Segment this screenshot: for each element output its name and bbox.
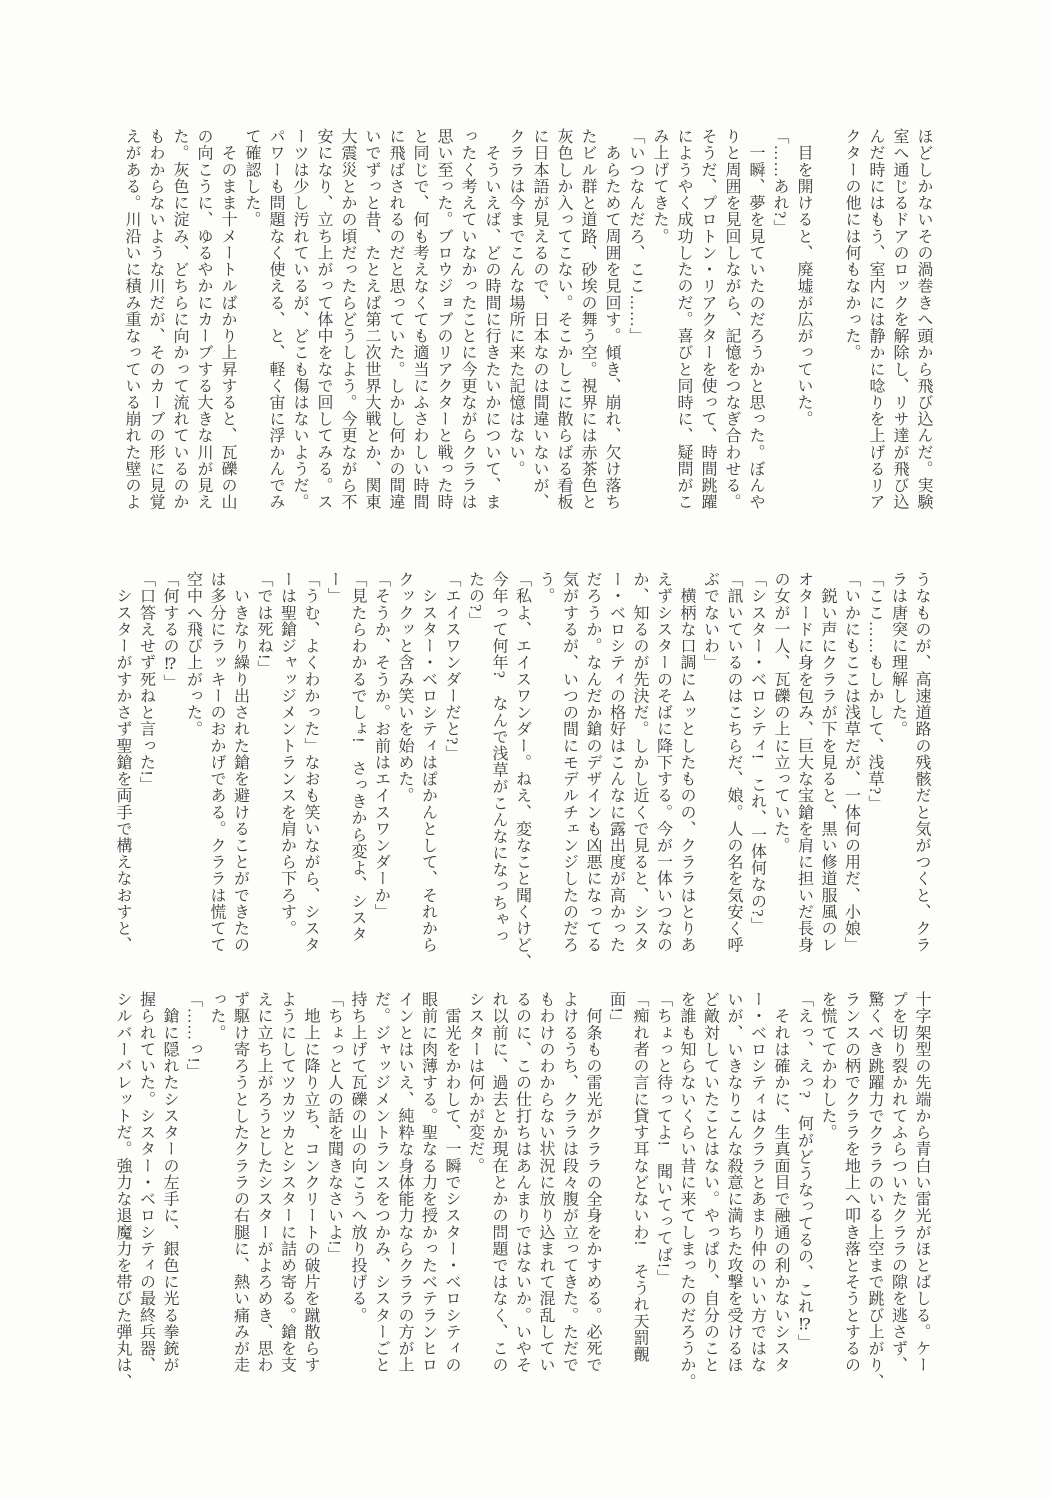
text-column: 「訊いているのはこちらだ、娘。人の名を気安く呼 [722, 571, 746, 955]
text-column: もわからないような川だが、そのカーブの形に見覚 [143, 128, 167, 512]
text-column: 今年って何年? なんで浅草がこんなになっちゃっ [487, 571, 511, 955]
text-column: 鋭い声にクララが下を見ると、黒い修道服風のレ [816, 571, 840, 955]
text-column: ったく考えていなかったことに今更ながらクララは [455, 128, 479, 512]
text-column: 「ここ……もしかして、浅草?」 [863, 571, 887, 955]
text-column: ー」 [322, 571, 346, 955]
text-column: は多分にラッキーのおかげである。クララは慌てて [205, 571, 229, 955]
text-column: クララは今までこんな場所に来た記憶はない。 [503, 128, 527, 512]
text-column: パワーも問題なく使える、と、軽く宙に浮かんでみ [263, 128, 287, 512]
text-column: ー・ベロシティはクララとあまり仲のいい方ではな [745, 991, 769, 1375]
text-column: ーは聖鎗ジャッジメントランスを肩から下ろす。 [275, 571, 299, 955]
text-column: 大震災とかの頃だったらどうしよう。今更ながら不 [335, 128, 359, 512]
text-column: に日本語が見えるので、日本なのは間違いないが、 [527, 128, 551, 512]
text-column: そのまま十メートルばかり上昇すると、瓦礫の山 [215, 128, 239, 512]
text-column: て確認した。 [239, 128, 263, 512]
text-column: 室へ通じるドアのロックを解除し、リサ達が飛び込 [887, 128, 911, 512]
text-column: だ。ジャッジメントランスをつかみ、シスターごと [369, 991, 393, 1375]
text-column: 驚くべき跳躍力でクララのいる上空まで跳び上がり、 [863, 991, 887, 1375]
text-column: それは確かに、生真面目で融通の利かないシスタ [769, 991, 793, 1375]
text-column: にようやく成功したのだ。喜びと同時に、疑問がこ [671, 128, 695, 512]
text-column: 「ちょっと待ってよ! 聞いてってば!」 [651, 991, 675, 1375]
text-column: 「では死ね!」 [252, 571, 276, 955]
text-column: るのに、この仕打ちはあんまりではないか。いやそ [510, 991, 534, 1375]
text-column: 「えっ、えっ? 何がどうなってるの、これ⁉」 [792, 991, 816, 1375]
text-column: 一瞬、夢を見ていたのだろうかと思った。ぼんや [743, 128, 767, 512]
text-column: 眼前に肉薄する。聖なる力を授かったベテランヒロ [416, 991, 440, 1375]
text-column: りと周囲を見回しながら、記憶をつなぎ合わせる。 [719, 128, 743, 512]
text-column: よけるうち、クララは段々腹が立ってきた。ただで [557, 991, 581, 1375]
text-column: ほどしかないその渦巻きへ頭から飛び込んだ。実験 [911, 128, 935, 512]
text-column: ーツは少し汚れているが、どこも傷はないようだ。 [287, 128, 311, 512]
text-column: えがある。川沿いに積み重なっている崩れた壁のよ [119, 128, 143, 512]
text-column: シスター・ベロシティはぽかんとして、それから [416, 571, 440, 955]
text-column: 「見たらわかるでしょ! さっきから変よ、シスタ [346, 571, 370, 955]
text-column: に飛ばされるのだと思っていた。しかし何かの間違 [383, 128, 407, 512]
text-column: の女が一人、瓦礫の上に立っていた。 [769, 571, 793, 955]
text-column: シスターは何かが変だ。 [463, 991, 487, 1375]
text-column: を誰も知らないくらい昔に来てしまったのだろうか。 [675, 991, 699, 1375]
text-column: た。灰色に淀み、どちらに向かって流れているのか [167, 128, 191, 512]
text-column: クターの他には何もなかった。 [839, 128, 863, 512]
text-column: えずシスターのそばに降下する。今が一体いつなの [651, 571, 675, 955]
text-column: いが、いきなりこんな殺意に満ちた攻撃を受けるほ [722, 991, 746, 1375]
text-column: ラは唐突に理解した。 [886, 571, 910, 955]
text-column: ー・ベロシティの格好はこんなに露出度が高かった [604, 571, 628, 955]
text-column: いきなり繰り出された鎗を避けることができたの [228, 571, 252, 955]
text-column: ど敵対していたことはない。やっぱり、自分のこと [698, 991, 722, 1375]
text-column: 「シスター・ベロシティ! これ、一体何なの?」 [745, 571, 769, 955]
text-column: たの?」 [463, 571, 487, 955]
text-column: 「いかにもここは浅草だが、一体何の用だ、小娘」 [839, 571, 863, 955]
text-column: プを切り裂かれてふらついたクララの隙を逃さず、 [886, 991, 910, 1375]
text-column: ぶでないわ」 [698, 571, 722, 955]
text-column: だろうか。なんだか鎗のデザインも凶悪になってる [581, 571, 605, 955]
text-column: ランスの柄でクララを地上へ叩き落とそうとするの [839, 991, 863, 1375]
text-column: いでずっと昔、たとえば第二次世界大戦とか、関東 [359, 128, 383, 512]
text-column: か、知るのが先決だ。しかし近くで見ると、シスタ [628, 571, 652, 955]
text-column: たビル群と道路、砂埃の舞う空。視界には赤茶色と [575, 128, 599, 512]
text-column: 持ち上げて瓦礫の山の向こうへ放り投げる。 [346, 991, 370, 1375]
text-column: 「エイスワンダーだと?」 [440, 571, 464, 955]
text-column: んだ時にはもう、室内には静かに唸りを上げるリア [863, 128, 887, 512]
text-column: そうだ、プロトン・リアクターを使って、時間跳躍 [695, 128, 719, 512]
text-column: 「いつなんだろ、ここ……」 [623, 128, 647, 512]
text-column: 面!」 [604, 991, 628, 1375]
text-column: 「……あれ?」 [767, 128, 791, 512]
text-column: シスターがすかさず聖鎗を両手で構えなおすと、 [111, 571, 135, 955]
text-column: ず駆け寄ろうとしたクララの右腿に、熱い痛みが走 [228, 991, 252, 1375]
document-page: ほどしかないその渦巻きへ頭から飛び込んだ。実験室へ通じるドアのロックを解除し、リ… [0, 0, 1050, 1500]
text-column: う。 [534, 571, 558, 955]
text-column: 横柄な口調にムッとしたものの、クララはとりあ [675, 571, 699, 955]
text-column: インとはいえ、純粋な身体能力ならクララの方が上 [393, 991, 417, 1375]
text-column: 「私よ、エイスワンダー。ねえ、変なこと聞くけど、 [510, 571, 534, 955]
text-column: うなものが、高速道路の残骸だと気がつくと、クラ [910, 571, 934, 955]
text-column: の向こうに、ゆるやかにカーブする大きな川が見え [191, 128, 215, 512]
text-column: 安になり、立ち上がって体中をなで回してみる。ス [311, 128, 335, 512]
text-column: そういえば、どの時間に行きたいかについて、ま [479, 128, 503, 512]
text-column: オタードに身を包み、巨大な宝鎗を肩に担いだ長身 [792, 571, 816, 955]
text-column: 灰色しか入ってこない。そこかしこに散らばる看板 [551, 128, 575, 512]
text-column: 思い至った。ブロウジョブのリアクターと戦った時 [431, 128, 455, 512]
text-column: 何条もの雷光がクララの全身をかすめる。必死で [581, 991, 605, 1375]
text-column: 空中へ飛び上がった。 [181, 571, 205, 955]
text-column: 「……っ!」 [181, 991, 205, 1375]
text-column: 「ちょっと人の話を聞きなさいよ!」 [322, 991, 346, 1375]
text-column: えに立ち上がろうとしたシスターがよろめき、思わ [252, 991, 276, 1375]
text-column: 「何するの⁉」 [158, 571, 182, 955]
text-column: 握られていた。シスター・ベロシティの最終兵器、 [134, 991, 158, 1375]
text-column: 気がするが、いつの間にモデルチェンジしたのだろ [557, 571, 581, 955]
text-column: 雷光をかわして、一瞬でシスター・ベロシティの [440, 991, 464, 1375]
text-column: れ以前に、過去とか現在とかの問題ではなく、この [487, 991, 511, 1375]
text-column: 十字架型の先端から青白い雷光がほとばしる。ケー [910, 991, 934, 1375]
text-column: を慌ててかわした。 [816, 991, 840, 1375]
text-column: 「うむ、よくわかった」なおも笑いながら、シスタ [299, 571, 323, 955]
text-column: あらためて周囲を見回す。傾き、崩れ、欠け落ち [599, 128, 623, 512]
text-block-middle: うなものが、高速道路の残骸だと気がつくと、クララは唐突に理解した。「ここ……もし… [111, 571, 934, 955]
text-column: 鎗に隠れたシスターの左手に、銀色に光る拳銃が [158, 991, 182, 1375]
text-column: み上げてきた。 [647, 128, 671, 512]
text-column: 「口答えせず死ねと言った!」 [134, 571, 158, 955]
text-column: と同じで、何も考えなくても適当にふさわしい時間 [407, 128, 431, 512]
scene-break-gap [815, 128, 839, 512]
text-column: もわけのわからない状況に放り込まれて混乱してい [534, 991, 558, 1375]
text-column: 「痴れ者の言に貸す耳などないわ! そうれ天罰覿 [628, 991, 652, 1375]
text-column: 「そうか、そうか。お前はエイスワンダーか」 [369, 571, 393, 955]
text-column: クックッと含み笑いを始めた。 [393, 571, 417, 955]
text-column: ようにしてツカツカとシスターに詰め寄る。鎗を支 [275, 991, 299, 1375]
text-column: った。 [205, 991, 229, 1375]
text-block-top: ほどしかないその渦巻きへ頭から飛び込んだ。実験室へ通じるドアのロックを解除し、リ… [119, 128, 935, 512]
text-block-bottom: 十字架型の先端から青白い雷光がほとばしる。ケープを切り裂かれてふらついたクララの… [111, 991, 934, 1375]
text-column: シルバーバレットだ。強力な退魔力を帯びた弾丸は、 [111, 991, 135, 1375]
text-column: 地上に降り立ち、コンクリートの破片を蹴散らす [299, 991, 323, 1375]
text-column: 目を開けると、廃墟が広がっていた。 [791, 128, 815, 512]
